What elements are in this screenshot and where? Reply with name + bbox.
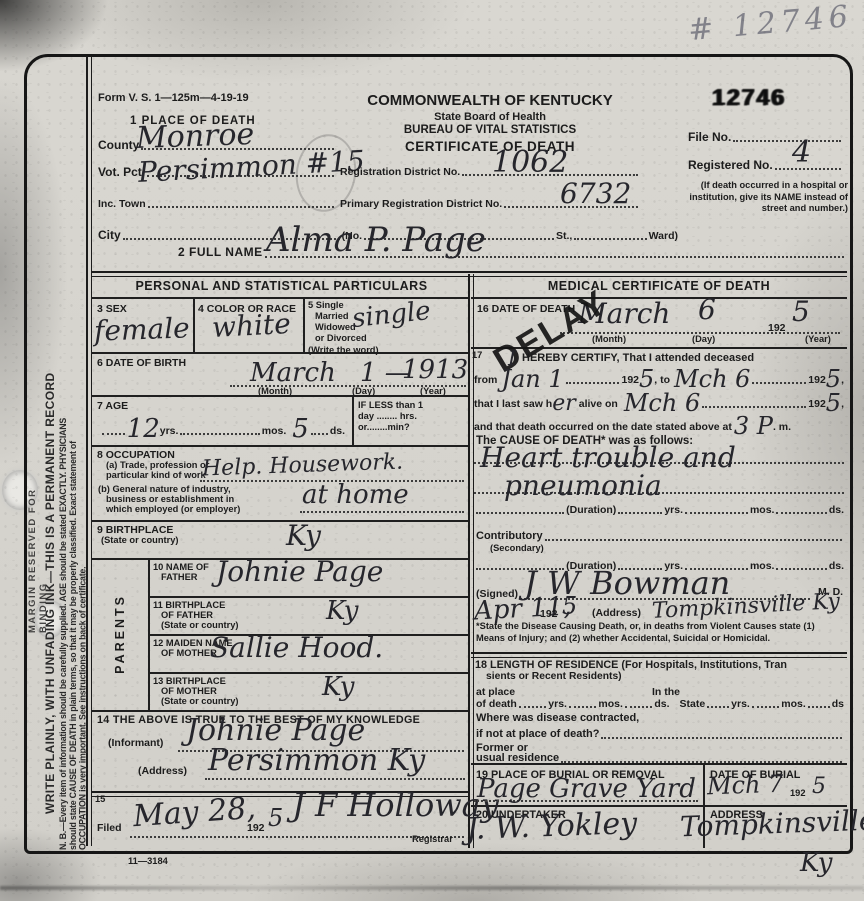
rule [91, 710, 468, 712]
yrs-label: yrs. [548, 698, 567, 710]
mos-label: mos. [781, 698, 806, 710]
city-ward-label: Ward) [649, 230, 678, 242]
if-less-box: IF LESS than 1 day ........ hrs. or.....… [358, 400, 423, 433]
ds-label: ds. [829, 504, 844, 516]
header-titles: COMMONWEALTH OF KENTUCKY State Board of … [325, 92, 655, 155]
dod-year-value: 5 [792, 300, 810, 324]
year-prefix: 192 [808, 374, 826, 386]
dotted-line [300, 511, 464, 513]
mother-birthplace-value: Ky [322, 676, 354, 698]
mos-label: mos. [750, 504, 775, 516]
dob-year-value: 1913 [402, 359, 468, 381]
occurred-label-post: . m. [773, 421, 791, 433]
signed-year-printed: 192 [540, 608, 558, 620]
cause-of-death-value: Heart trouble and [480, 446, 736, 470]
saw-label-post: alive on [579, 398, 618, 410]
dotted-line [569, 706, 596, 708]
attended-from-value: Jan 1 [501, 369, 563, 389]
certify-saw-row: that I last saw h er alive on Mch 6 192 … [474, 393, 844, 410]
dotted-line [808, 706, 830, 708]
dotted-line [752, 706, 779, 708]
comma: , [841, 398, 844, 410]
margin-write-plainly-note: WRITE PLAINLY, WITH UNFADING INK—THIS IS… [43, 276, 57, 814]
dod-day-value: 6 [698, 298, 716, 322]
physician-address-label: (Address) [592, 607, 641, 619]
filed-year-printed: 192 [247, 822, 265, 834]
filed-label: Filed [97, 822, 122, 834]
registered-no-value: 4 [792, 140, 811, 166]
rule [91, 352, 468, 354]
if-not-label: if not at place of death? [476, 728, 599, 741]
primary-district-value: 6732 [560, 182, 631, 206]
birthplace-sublabel: (State or country) [101, 535, 178, 546]
father-name-label2: FATHER [161, 572, 198, 583]
rule [91, 445, 468, 447]
file-no-row: File No. [688, 130, 843, 144]
registered-no-label: Registered No. [688, 158, 773, 172]
inc-town-row: Inc. Town [98, 198, 336, 210]
scan-streak [0, 886, 864, 890]
mos-label: mos. [598, 698, 623, 710]
dotted-line [148, 206, 334, 208]
dotted-line [519, 706, 546, 708]
yrs-label: yrs. [664, 504, 683, 516]
county-value: Monroe [136, 122, 255, 152]
undertaker-address-value2: Ky [800, 852, 832, 874]
contributory-row: Contributory [476, 530, 844, 543]
saw-label: that I last saw h [474, 398, 552, 410]
dotted-line [685, 512, 748, 514]
yrs-label: yrs. [731, 698, 750, 710]
dod-year-sublabel: (Year) [805, 334, 831, 345]
duration-row: (Duration) yrs. mos. ds. [474, 504, 844, 516]
residence-label: 18 LENGTH OF RESIDENCE (For Hospitals, I… [475, 659, 787, 671]
rule [352, 396, 354, 445]
dotted-line [205, 778, 465, 780]
year-prefix: 192 [808, 398, 826, 410]
date-of-birth-label: 6 DATE OF BIRTH [97, 357, 186, 369]
informant-label: (Informant) [108, 737, 163, 749]
margin-nb-note: N. B.—Every item of information should b… [59, 408, 88, 850]
dotted-line [707, 706, 729, 708]
where-contracted-label: Where was disease contracted, [476, 712, 639, 725]
year-prefix: 192 [621, 374, 639, 386]
color-race-value: white [211, 312, 291, 340]
dob-month-value: March [250, 362, 336, 384]
ds-label: ds [832, 698, 844, 710]
rule [471, 652, 847, 658]
dotted-line [776, 568, 826, 570]
dotted-line [702, 406, 806, 408]
mos-label: mos. [750, 560, 775, 572]
duration-label: (Duration) [566, 504, 616, 516]
full-name-value: Alma P. Page [266, 226, 486, 255]
ds-label: ds. [829, 560, 844, 572]
mother-name-label2: OF MOTHER [161, 648, 217, 659]
if-less-line: day ........ hrs. [358, 411, 423, 422]
dotted-line [752, 382, 806, 384]
registration-district-value: 1062 [492, 150, 568, 176]
last-saw-date-value: Mch 6 [624, 393, 700, 413]
ds-label: ds. [654, 698, 669, 710]
death-hour-value: 3 P [734, 416, 773, 436]
age-ds-label: ds. [330, 425, 345, 437]
state-label: State [680, 698, 706, 710]
certify-item-number: 17 [472, 350, 482, 361]
if-not-row: if not at place of death? [476, 728, 844, 741]
attended-from-year: 5 [639, 369, 654, 389]
inc-town-label: Inc. Town [98, 198, 146, 210]
dotted-line [566, 382, 620, 384]
father-birthplace-value: Ky [326, 600, 358, 622]
contributory-label: Contributory [476, 530, 543, 543]
year-sublabel: (Year) [420, 386, 446, 397]
rule [148, 558, 150, 710]
residence-label2: sients or Recent Residents) [486, 671, 622, 683]
violent-death-note: *State the Disease Causing Death, or, in… [476, 621, 844, 644]
certify-text: HEREBY CERTIFY, That I attended deceased [522, 352, 754, 365]
burial-year-value: 5 [812, 778, 826, 797]
of-death-label: of death [476, 698, 517, 710]
at-place-label: at place [476, 686, 515, 698]
secondary-label: (Secondary) [490, 543, 544, 554]
comma: , [841, 374, 844, 386]
usual-residence-label: usual residence [476, 752, 559, 765]
informant-address-value: Persimmon Ky [208, 748, 425, 774]
attended-to-year: 5 [826, 369, 841, 389]
parents-label-text: PARENTS [113, 594, 127, 674]
dod-month-sublabel: (Month) [592, 334, 626, 345]
mother-birthplace-sublabel: (State or country) [161, 696, 238, 707]
marital-line: (Write the word) [308, 345, 379, 356]
age-yrs-label: yrs. [160, 425, 179, 437]
age-row: 12 yrs. mos. 5 ds. [100, 418, 345, 437]
dotted-line [625, 706, 652, 708]
month-sublabel: (Month) [258, 386, 292, 397]
rule [303, 298, 305, 352]
pencil-file-number: # 12746 [687, 0, 855, 48]
in-the-label: In the [652, 686, 680, 698]
form-number: Form V. S. 1—125m—4-19-19 [98, 92, 249, 105]
dotted-line [476, 512, 564, 514]
file-no-label: File No. [688, 130, 731, 144]
burial-place-value: Page Grave Yard [477, 778, 696, 800]
filed-date-value: May 28, [132, 796, 256, 830]
dotted-line [545, 539, 842, 541]
residence-duration-row: of death yrs. mos. ds. State yrs. mos. d… [476, 698, 844, 710]
rule [91, 520, 468, 522]
usual-residence-row: usual residence [476, 752, 844, 765]
county-label: County [98, 138, 139, 152]
bureau-subtitle: BUREAU OF VITAL STATISTICS [325, 124, 655, 137]
registration-district-label: Registration District No. [340, 166, 460, 178]
dotted-line [618, 512, 662, 514]
age-label: 7 AGE [97, 400, 128, 412]
state-board-subtitle: State Board of Health [325, 111, 655, 123]
occupation-b-label3: which employed (or employer) [106, 504, 240, 515]
parents-group-label: PARENTS [92, 558, 148, 710]
commonwealth-title: COMMONWEALTH OF KENTUCKY [325, 92, 655, 109]
last-saw-year: 5 [826, 393, 841, 413]
day-sublabel: (Day) [352, 386, 375, 397]
occupation-a-label2: particular kind of work [106, 470, 206, 481]
burial-year-printed: 192 [790, 788, 806, 799]
occurred-label: and that death occurred on the date stat… [474, 421, 732, 433]
occupation-b-value: at home [302, 484, 409, 506]
dotted-line [776, 512, 826, 514]
personal-section-title: PERSONAL AND STATISTICAL PARTICULARS [95, 279, 468, 293]
registrar-label: Registrar [412, 834, 453, 845]
hospital-note: (If death occurred in a hospital or inst… [688, 180, 848, 215]
filed-item-number: 15 [95, 794, 105, 805]
primary-district-label: Primary Registration District No. [340, 198, 502, 210]
saw-fill-value: er [552, 395, 576, 414]
city-st-label: St., [556, 230, 572, 242]
dotted-line [574, 238, 646, 240]
certificate-title: CERTIFICATE OF DEATH [325, 139, 655, 155]
dotted-line [102, 433, 125, 435]
dod-year-printed: 192 [768, 322, 786, 334]
burial-date-value: Mch 7 [707, 774, 784, 797]
marital-status-value: single [351, 300, 432, 330]
certify-occurred-row: and that death occurred on the date stat… [474, 416, 844, 433]
registered-no-row: Registered No. [688, 158, 843, 172]
marital-line: or Divorced [315, 333, 379, 344]
attended-to-value: Mch 6 [674, 369, 750, 389]
from-label: from [474, 374, 497, 386]
dod-day-sublabel: (Day) [692, 334, 715, 345]
medical-section-title: MEDICAL CERTIFICATE OF DEATH [471, 279, 847, 293]
undertaker-address-value: Tompkinsville [680, 809, 864, 840]
dotted-line [311, 433, 328, 435]
age-days-value: 5 [292, 418, 309, 440]
if-less-line: or........min? [358, 422, 423, 433]
certify-from-row: from Jan 1 192 5 , to Mch 6 192 5 , [474, 369, 844, 386]
rule [148, 672, 468, 674]
father-name-value: Johnie Page [216, 560, 383, 584]
birthplace-value: Ky [286, 524, 321, 548]
undertaker-value: J. W. Yokley [466, 811, 638, 842]
filed-year-value: 5 [268, 808, 283, 828]
occupation-a-value: Help. Housework. [202, 453, 404, 479]
dotted-line [561, 761, 842, 763]
if-less-line: IF LESS than 1 [358, 400, 423, 411]
rule [193, 298, 195, 352]
sex-value: female [94, 316, 190, 343]
age-mos-label: mos. [262, 425, 287, 437]
informant-address-label: (Address) [138, 765, 187, 777]
rule [148, 596, 468, 598]
age-years-value: 12 [127, 418, 160, 440]
informant-value: Johnie Page [186, 718, 365, 744]
dotted-line [601, 737, 842, 739]
to-label: , to [654, 374, 670, 386]
form-code: 11—3184 [128, 856, 168, 867]
dotted-line [733, 140, 841, 142]
father-birthplace-sublabel: (State or country) [161, 620, 238, 631]
death-certificate-scan: # 12746 12746 MARGIN RESERVED FOR BINDIN… [0, 0, 864, 901]
dotted-line [180, 433, 259, 435]
cause-of-death-value2: pneumonia [504, 474, 662, 498]
city-label: City [98, 228, 121, 242]
full-name-label: 2 FULL NAME [178, 246, 263, 260]
mother-name-value: Sallie Hood. [210, 636, 383, 660]
signed-year-value: 5 [562, 596, 577, 616]
